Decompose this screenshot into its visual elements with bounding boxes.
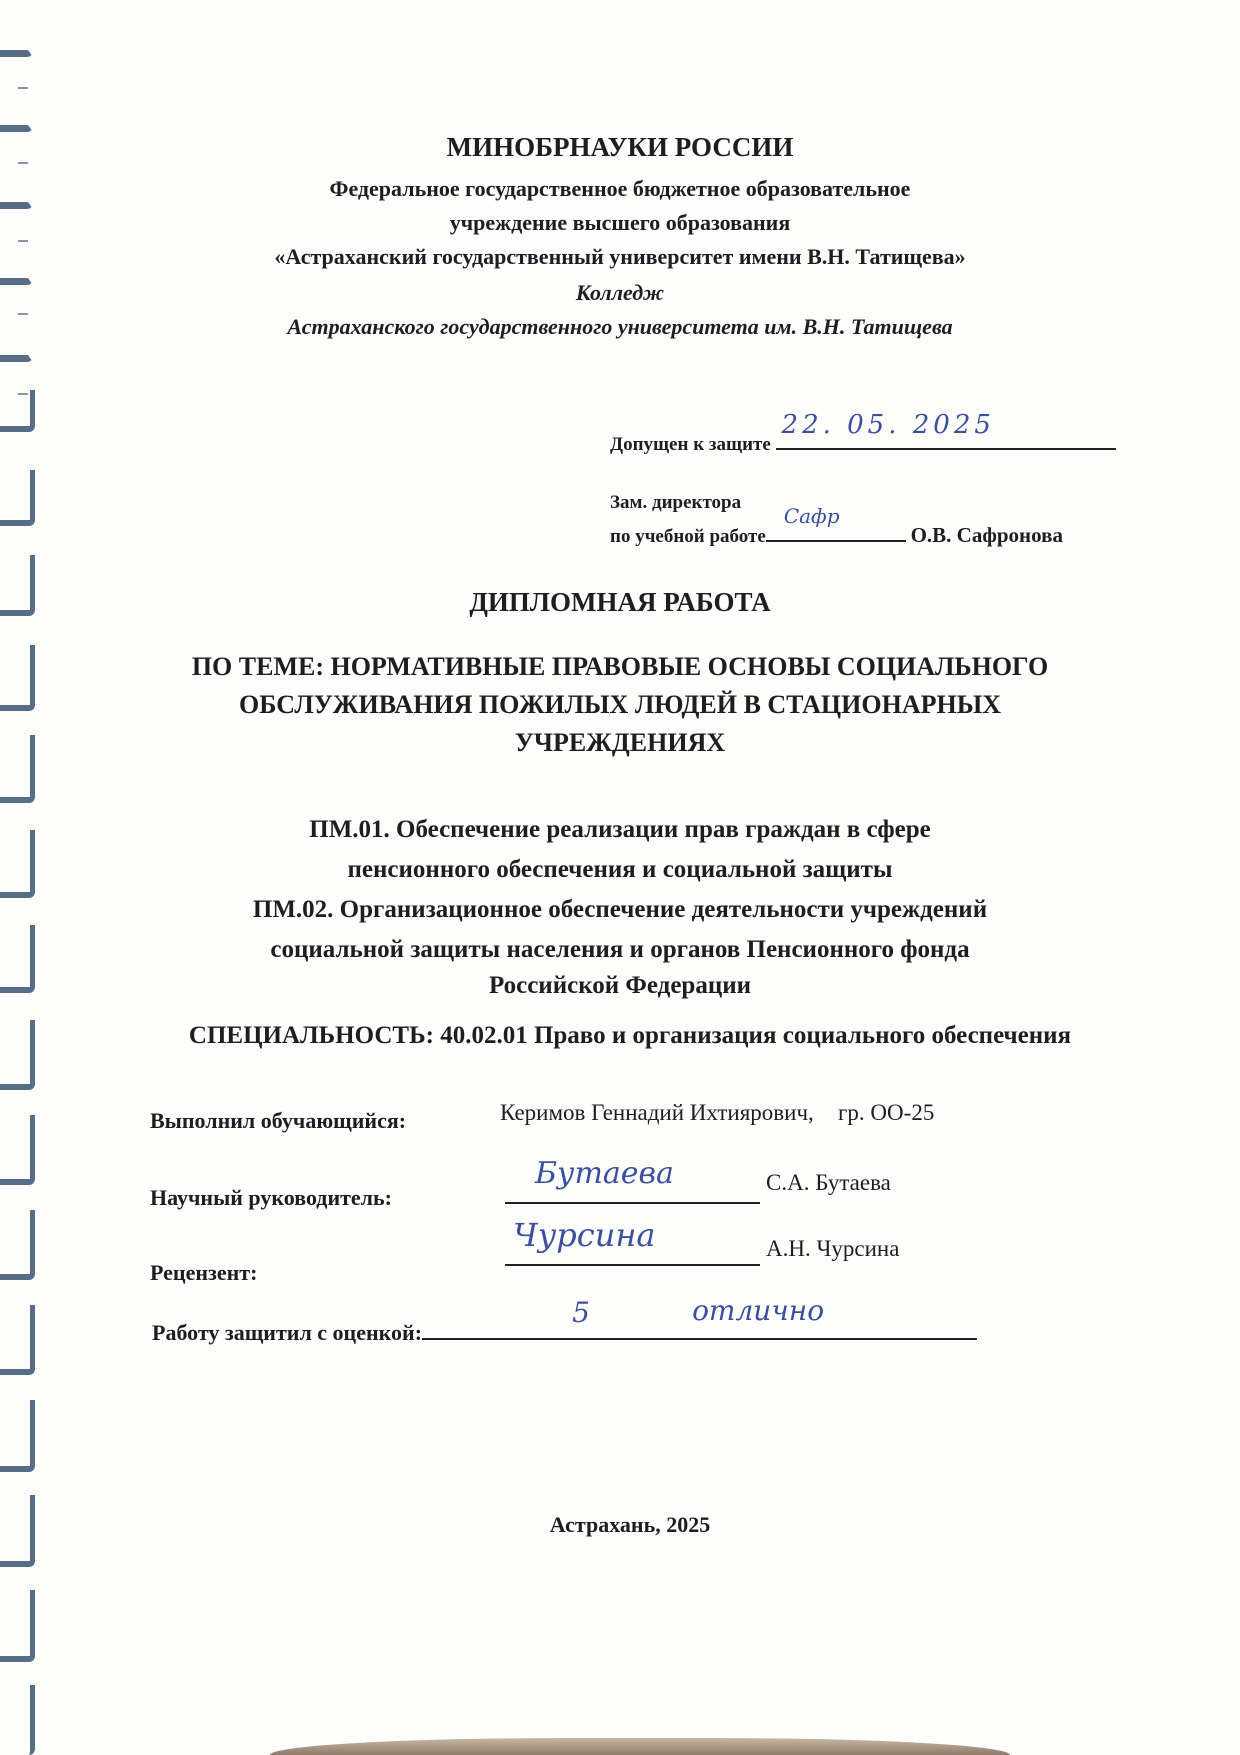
binding-ring — [0, 1115, 35, 1185]
reviewer-label: Рецензент: — [150, 1260, 257, 1286]
topic-line-1: ПО ТЕМЕ: НОРМАТИВНЫЕ ПРАВОВЫЕ ОСНОВЫ СОЦ… — [0, 648, 1240, 686]
binding-ring — [0, 345, 33, 362]
binding-tick — [18, 87, 28, 89]
reviewer-signature-row: Чурсина — [505, 1240, 760, 1272]
student-name: Керимов Геннадий Ихтиярович, — [500, 1100, 814, 1126]
module-pm01-line-1: ПМ.01. Обеспечение реализации прав гражд… — [0, 810, 1240, 850]
page-bottom-shadow — [270, 1738, 1010, 1755]
ministry-name: МИНОБРНАУКИ РОССИИ — [0, 132, 1240, 163]
binding-ring — [0, 390, 35, 432]
city-year: Астрахань, 2025 — [10, 1512, 1240, 1538]
supervisor-label: Научный руководитель: — [150, 1185, 392, 1211]
supervisor-signature: Бутаева — [535, 1156, 674, 1191]
grade-word-handwritten: отлично — [692, 1294, 824, 1327]
binding-tick — [18, 240, 28, 242]
specialty: СПЕЦИАЛЬНОСТЬ: 40.02.01 Право и организа… — [10, 1022, 1240, 1050]
deputy-director-name: О.В. Сафронова — [911, 523, 1063, 547]
deputy-director-signature: Сафр — [784, 504, 840, 528]
topic-line-2: ОБСЛУЖИВАНИЯ ПОЖИЛЫХ ЛЮДЕЙ В СТАЦИОНАРНЫ… — [0, 686, 1240, 724]
student-label: Выполнил обучающийся: — [150, 1108, 406, 1134]
grade-label: Работу защитил с оценкой: — [152, 1320, 422, 1345]
institution-line-1: Федеральное государственное бюджетное об… — [0, 176, 1240, 202]
reviewer-name: А.Н. Чурсина — [766, 1236, 899, 1262]
module-pm02-line-1: ПМ.02. Организационное обеспечение деяте… — [0, 890, 1240, 930]
university-name: «Астраханский государственный университе… — [0, 244, 1240, 270]
topic-line-3: УЧРЕЖДЕНИЯХ — [0, 724, 1240, 762]
binding-ring — [0, 1305, 35, 1375]
deputy-director-signature-field: Сафр — [766, 520, 906, 542]
binding-ring — [0, 470, 35, 526]
college-of-university: Астраханского государственного университ… — [0, 314, 1240, 340]
binding-ring — [0, 1685, 35, 1755]
admission-label: Допущен к защите — [610, 434, 771, 455]
binding-ring — [0, 115, 33, 132]
supervisor-name: С.А. Бутаева — [766, 1170, 891, 1196]
grade-row: Работу защитил с оценкой: 5 отлично — [152, 1316, 977, 1346]
binding-ring — [0, 1400, 35, 1472]
college-label: Колледж — [0, 280, 1240, 306]
document-type: ДИПЛОМНАЯ РАБОТА — [0, 583, 1240, 621]
binding-ring — [0, 40, 33, 57]
binding-ring — [0, 1590, 35, 1662]
supervisor-signature-row: Бутаева — [505, 1178, 760, 1210]
module-pm02-line-3: Российской Федерации — [0, 966, 1240, 1006]
admission-date-field: 22. 05. 2025 — [776, 428, 1116, 450]
supervisor-signature-field: Бутаева — [505, 1178, 760, 1204]
grade-number-handwritten: 5 — [572, 1296, 590, 1329]
reviewer-signature-field: Чурсина — [505, 1240, 760, 1266]
admission-row: Допущен к защите 22. 05. 2025 — [610, 428, 1116, 456]
student-group: гр. ОО-25 — [838, 1100, 934, 1126]
deputy-director-position: Зам. директора — [610, 492, 741, 514]
institution-line-2: учреждение высшего образования — [0, 210, 1240, 236]
module-pm02-line-2: социальной защиты населения и органов Пе… — [0, 930, 1240, 970]
deputy-director-position-2: по учебной работе — [610, 526, 766, 547]
deputy-director-row: по учебной работе Сафр О.В. Сафронова — [610, 520, 1063, 548]
module-pm01-line-2: пенсионного обеспечения и социальной защ… — [0, 850, 1240, 890]
binding-ring — [0, 1210, 35, 1280]
admission-date-handwritten: 22. 05. 2025 — [782, 410, 995, 440]
grade-field: 5 отлично — [422, 1316, 977, 1340]
reviewer-signature: Чурсина — [513, 1216, 655, 1254]
